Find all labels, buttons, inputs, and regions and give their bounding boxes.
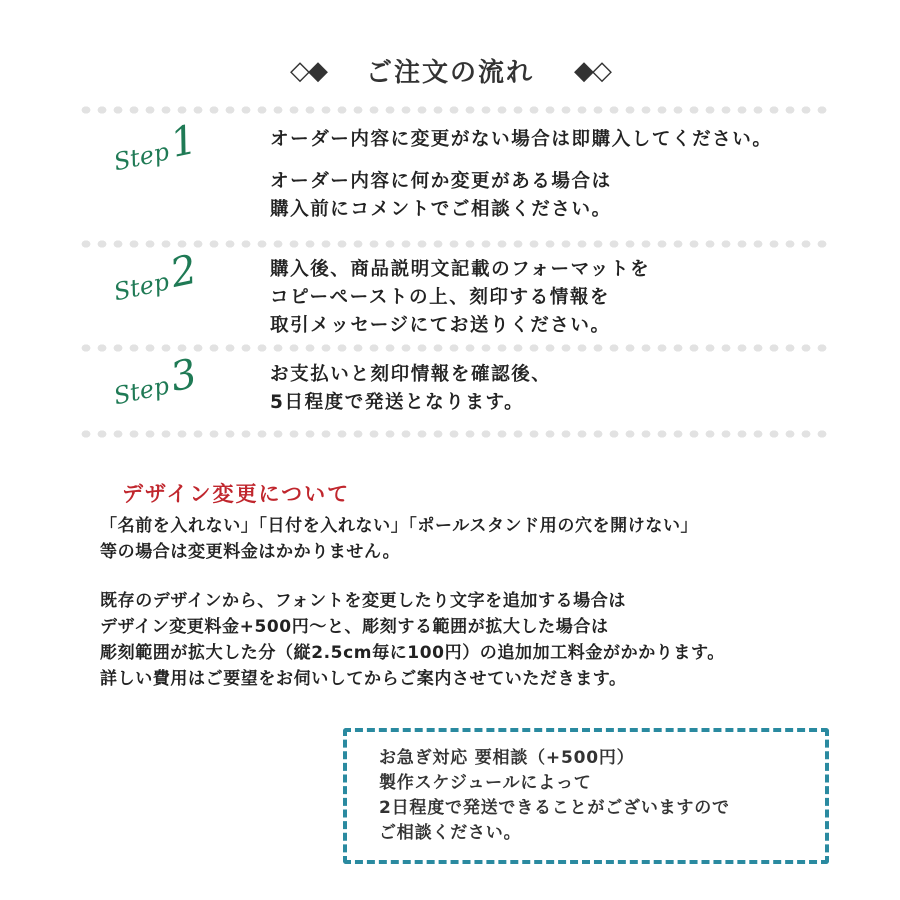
paragraph-line: 等の場合は変更料金はかかりません。 (100, 539, 698, 565)
design-change-paragraph-2: 既存のデザインから、フォントを変更したり文字を追加する場合は デザイン変更料金+… (100, 588, 725, 692)
page-title-text: ご注文の流れ (366, 52, 534, 89)
design-change-heading: デザイン変更について (122, 478, 350, 508)
step-word: Step (111, 267, 171, 306)
rush-order-notice-box: お急ぎ対応 要相談（+500円） 製作スケジュールによって 2日程度で発送できる… (343, 728, 829, 864)
paragraph-line: デザイン変更料金+500円～と、彫刻する範囲が拡大した場合は (100, 614, 725, 640)
step-1-line: 購入前にコメントでご相談ください。 (270, 196, 773, 224)
diamond-decoration-left-icon: ◇◆ (290, 56, 326, 86)
step-word: Step (111, 137, 171, 176)
step-2-label: Step 2 (109, 250, 201, 307)
step-1-label: Step 1 (109, 120, 201, 177)
step-3-line: 5日程度で発送となります。 (270, 389, 551, 417)
step-number: 1 (167, 120, 200, 164)
step-1-line: オーダー内容に何か変更がある場合は (270, 168, 773, 196)
diamond-decoration-right-icon: ◆◇ (574, 56, 610, 86)
step-3-line: お支払いと刻印情報を確認後、 (270, 361, 551, 389)
page-title: ◇◆ ご注文の流れ ◆◇ (0, 52, 900, 89)
paragraph-line: 既存のデザインから、フォントを変更したり文字を追加する場合は (100, 588, 725, 614)
step-1-line: オーダー内容に変更がない場合は即購入してください。 (270, 126, 773, 154)
step-1-text: オーダー内容に変更がない場合は即購入してください。 オーダー内容に何か変更がある… (270, 126, 773, 224)
step-2-text: 購入後、商品説明文記載のフォーマットを コピーペーストの上、刻印する情報を 取引… (270, 256, 650, 340)
step-2-line: 取引メッセージにてお送りください。 (270, 312, 650, 340)
dotted-divider (78, 429, 830, 439)
step-2-line: 購入後、商品説明文記載のフォーマットを (270, 256, 650, 284)
step-3-label: Step 3 (109, 354, 201, 411)
paragraph-line: 詳しい費用はご要望をお伺いしてからご案内させていただきます。 (100, 666, 725, 692)
step-2-line: コピーペーストの上、刻印する情報を (270, 284, 650, 312)
paragraph-line: 彫刻範囲が拡大した分（縦2.5cm毎に100円）の追加加工料金がかかります。 (100, 640, 725, 666)
paragraph-line: 「名前を入れない」「日付を入れない」「ポールスタンド用の穴を開けない」 (100, 513, 698, 539)
step-number: 3 (167, 354, 200, 398)
dotted-divider (78, 105, 830, 115)
order-flow-page: ◇◆ ご注文の流れ ◆◇ Step 1 オーダー内容に変更がない場合は即購入して… (0, 0, 900, 900)
step-3-text: お支払いと刻印情報を確認後、 5日程度で発送となります。 (270, 361, 551, 417)
notice-line: 2日程度で発送できることがございますので (379, 796, 825, 821)
notice-line: ご相談ください。 (379, 821, 825, 846)
spacer (270, 154, 773, 168)
step-number: 2 (167, 250, 200, 294)
notice-line: お急ぎ対応 要相談（+500円） (379, 746, 825, 771)
design-change-paragraph-1: 「名前を入れない」「日付を入れない」「ポールスタンド用の穴を開けない」 等の場合… (100, 513, 698, 565)
notice-line: 製作スケジュールによって (379, 771, 825, 796)
step-word: Step (111, 371, 171, 410)
